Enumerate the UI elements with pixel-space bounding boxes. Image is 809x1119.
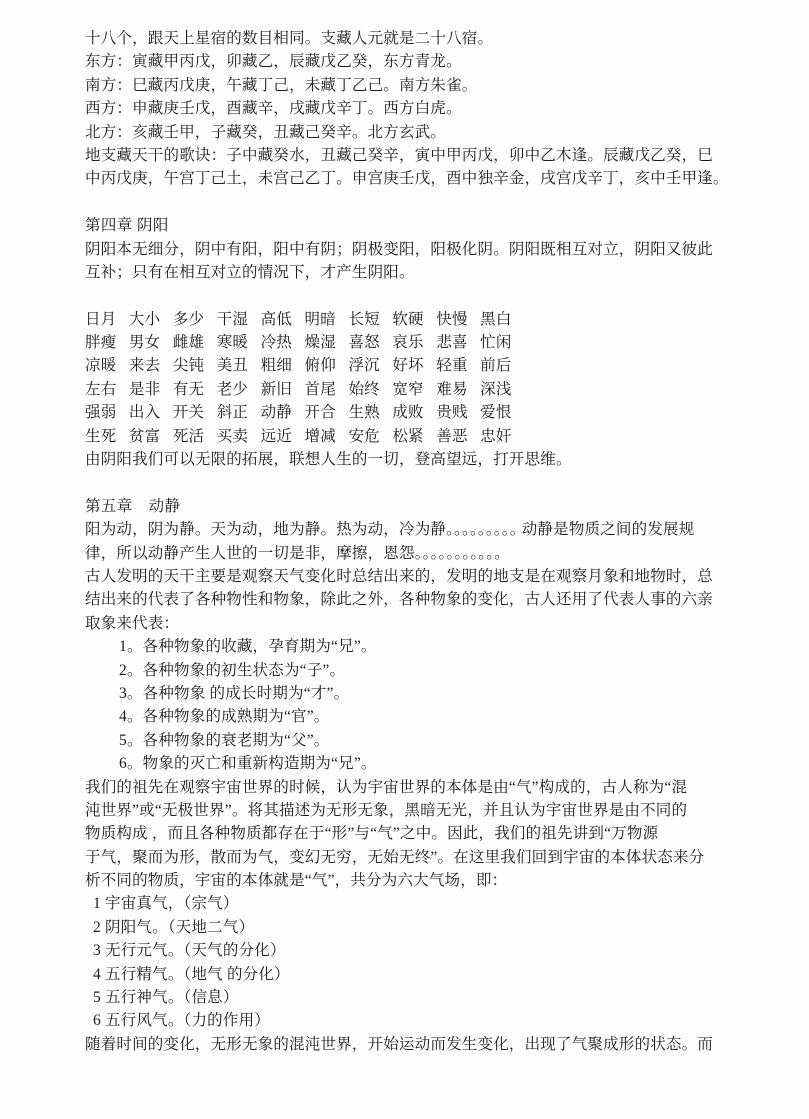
antonym-pair: 左右 — [85, 378, 116, 401]
antonym-pair: 凉暖 — [85, 354, 116, 377]
antonym-pairs-row: 生死贫富死活买卖远近增减安危松紧善恶忠奸 — [85, 425, 733, 448]
paragraph-line: 取象来代表： — [85, 612, 733, 635]
antonym-pair: 寒暖 — [217, 331, 248, 354]
paragraph-line: 北方：亥藏壬甲，子藏癸，丑藏己癸辛。北方玄武。 — [85, 121, 733, 144]
antonym-pair: 善恶 — [436, 425, 467, 448]
antonym-pair: 明暗 — [305, 308, 336, 331]
antonym-pair: 生熟 — [348, 401, 379, 424]
qi-list-item: 2 阴阳气。（天地二气） — [85, 916, 733, 939]
qi-list-item: 4 五行精气。（地气 的分化） — [85, 963, 733, 986]
antonym-pair: 买卖 — [217, 425, 248, 448]
numbered-list-item: 5。各种物象的衰老期为“父”。 — [85, 729, 733, 752]
antonym-pair: 开关 — [173, 401, 204, 424]
antonym-pair: 有无 — [173, 378, 204, 401]
antonym-pairs-row: 凉暖来去尖钝美丑粗细俯仰浮沉好坏轻重前后 — [85, 354, 733, 377]
paragraph-line: 十八个，跟天上星宿的数目相同。支藏人元就是二十八宿。 — [85, 27, 733, 50]
antonym-pair: 俯仰 — [305, 354, 336, 377]
numbered-list-item: 4。各种物象的成熟期为“官”。 — [85, 705, 733, 728]
paragraph-line: 于气，聚而为形，散而为气，变幻无穷，无始无终”。在这里我们回到宇宙的本体状态来分 — [85, 846, 733, 869]
antonym-pair: 忙闲 — [480, 331, 511, 354]
antonym-pair: 黑白 — [480, 308, 511, 331]
antonym-pair: 来去 — [129, 354, 160, 377]
antonym-pair: 软硬 — [392, 308, 423, 331]
paragraph-line: 我们的祖先在观察宇宙世界的时候，认为宇宙世界的本体是由“气”构成的，古人称为“混 — [85, 776, 733, 799]
numbered-list-item: 1。各种物象的收藏，孕育期为“兄”。 — [85, 635, 733, 658]
chapter-heading: 第四章 阴阳 — [85, 214, 733, 237]
antonym-pair: 宽窄 — [392, 378, 423, 401]
antonym-pair: 快慢 — [436, 308, 467, 331]
paragraph-line: 互补；只有在相互对立的情况下，才产生阴阳。 — [85, 261, 733, 284]
antonym-pair: 强弱 — [85, 401, 116, 424]
antonym-pair: 喜怒 — [348, 331, 379, 354]
antonym-pair: 远近 — [261, 425, 292, 448]
antonym-pair: 干湿 — [217, 308, 248, 331]
antonym-pair: 美丑 — [217, 354, 248, 377]
antonym-pair: 冷热 — [261, 331, 292, 354]
antonym-pair: 开合 — [305, 401, 336, 424]
document-page: 十八个，跟天上星宿的数目相同。支藏人元就是二十八宿。东方：寅藏甲丙戊，卯藏乙，辰… — [0, 0, 809, 1119]
paragraph-line: 中丙戊庚，午宫丁己土，未宫己乙丁。申宫庚壬戊，酉中独辛金，戌宫戊辛丁，亥中壬甲逢… — [85, 167, 733, 190]
blank-line — [85, 191, 733, 214]
antonym-pair: 高低 — [261, 308, 292, 331]
antonym-pair: 粗细 — [261, 354, 292, 377]
antonym-pair: 哀乐 — [392, 331, 423, 354]
paragraph-line: 随着时间的变化，无形无象的混沌世界，开始运动而发生变化，出现了气聚成形的状态。而 — [85, 1033, 733, 1056]
antonym-pair: 胖瘦 — [85, 331, 116, 354]
paragraph-line: 由阴阳我们可以无限的拓展，联想人生的一切，登高望远，打开思维。 — [85, 448, 733, 471]
antonym-pairs-row: 左右是非有无老少新旧首尾始终宽窄难易深浅 — [85, 378, 733, 401]
antonym-pair: 成败 — [392, 401, 423, 424]
paragraph-line: 地支藏天干的歌诀：子中藏癸水，丑藏己癸辛，寅中甲丙戊，卯中乙木逢。辰藏戊乙癸，巳 — [85, 144, 733, 167]
paragraph-line: 古人发明的天干主要是观察天气变化时总结出来的，发明的地支是在观察月象和地物时，总 — [85, 565, 733, 588]
antonym-pair: 死活 — [173, 425, 204, 448]
numbered-list-item: 2。各种物象的初生状态为“子”。 — [85, 659, 733, 682]
paragraph-line: 物质构成 ，而且各种物质都存在于“形”与“气”之中。因此，我们的祖先讲到“万物源 — [85, 822, 733, 845]
paragraph-line: 律，所以动静产生人世的一切是非，摩擦，恩怨｡｡｡｡｡｡｡｡｡｡｡ — [85, 542, 733, 565]
antonym-pair: 悲喜 — [436, 331, 467, 354]
antonym-pair: 忠奸 — [480, 425, 511, 448]
qi-list-item: 3 无行元气。（天气的分化） — [85, 939, 733, 962]
antonym-pair: 雌雄 — [173, 331, 204, 354]
antonym-pairs-row: 强弱出入开关斜正动静开合生熟成败贵贱爱恨 — [85, 401, 733, 424]
antonym-pair: 好坏 — [392, 354, 423, 377]
paragraph-line: 阴阳本无细分，阴中有阳，阳中有阴；阴极变阳，阳极化阴。阴阳既相互对立，阴阳又彼此 — [85, 238, 733, 261]
chapter-heading: 第五章 动静 — [85, 495, 733, 518]
antonym-pair: 出入 — [129, 401, 160, 424]
antonym-pairs-row: 日月大小多少干湿高低明暗长短软硬快慢黑白 — [85, 308, 733, 331]
antonym-pair: 增减 — [305, 425, 336, 448]
paragraph-line: 阳为动，阴为静。天为动，地为静。热为动，冷为静｡｡｡｡｡｡｡｡｡ 动静是物质之间… — [85, 518, 733, 541]
antonym-pair: 生死 — [85, 425, 116, 448]
paragraph-line: 西方：申藏庚壬戊，酉藏辛，戌藏戊辛丁。西方白虎。 — [85, 97, 733, 120]
paragraph-line: 东方：寅藏甲丙戊，卯藏乙，辰藏戊乙癸，东方青龙。 — [85, 50, 733, 73]
document-content: 十八个，跟天上星宿的数目相同。支藏人元就是二十八宿。东方：寅藏甲丙戊，卯藏乙，辰… — [85, 27, 733, 1056]
antonym-pair: 大小 — [129, 308, 160, 331]
numbered-list-item: 3。各种物象 的成长时期为“才”。 — [85, 682, 733, 705]
blank-line — [85, 471, 733, 494]
qi-list-item: 5 五行神气。（信息） — [85, 986, 733, 1009]
antonym-pair: 老少 — [217, 378, 248, 401]
qi-list-item: 1 宇宙真气，（宗气） — [85, 892, 733, 915]
paragraph-line: 南方：巳藏丙戊庚，午藏丁己，未藏丁乙己。南方朱雀。 — [85, 74, 733, 97]
antonym-pair: 燥湿 — [305, 331, 336, 354]
blank-line — [85, 284, 733, 307]
paragraph-line: 析不同的物质，宇宙的本体就是“气”，共分为六大气场，即： — [85, 869, 733, 892]
antonym-pair: 首尾 — [305, 378, 336, 401]
paragraph-line: 沌世界”或“无极世界”。将其描述为无形无象，黑暗无光，并且认为宇宙世界是由不同的 — [85, 799, 733, 822]
antonym-pair: 浮沉 — [348, 354, 379, 377]
antonym-pair: 安危 — [348, 425, 379, 448]
antonym-pair: 长短 — [348, 308, 379, 331]
antonym-pair: 始终 — [348, 378, 379, 401]
numbered-list-item: 6。物象的灭亡和重新构造期为“兄”。 — [85, 752, 733, 775]
antonym-pair: 动静 — [261, 401, 292, 424]
antonym-pair: 尖钝 — [173, 354, 204, 377]
antonym-pair: 斜正 — [217, 401, 248, 424]
antonym-pair: 前后 — [480, 354, 511, 377]
antonym-pair: 松紧 — [392, 425, 423, 448]
antonym-pair: 爱恨 — [480, 401, 511, 424]
antonym-pair: 新旧 — [261, 378, 292, 401]
antonym-pair: 难易 — [436, 378, 467, 401]
antonym-pair: 是非 — [129, 378, 160, 401]
qi-list-item: 6 五行风气。（力的作用） — [85, 1009, 733, 1032]
antonym-pair: 深浅 — [480, 378, 511, 401]
paragraph-line: 结出来的代表了各种物性和物象，除此之外，各种物象的变化，古人还用了代表人事的六亲 — [85, 588, 733, 611]
antonym-pairs-row: 胖瘦男女雌雄寒暖冷热燥湿喜怒哀乐悲喜忙闲 — [85, 331, 733, 354]
antonym-pair: 贫富 — [129, 425, 160, 448]
antonym-pair: 多少 — [173, 308, 204, 331]
antonym-pair: 日月 — [85, 308, 116, 331]
antonym-pair: 贵贱 — [436, 401, 467, 424]
antonym-pair: 男女 — [129, 331, 160, 354]
antonym-pair: 轻重 — [436, 354, 467, 377]
